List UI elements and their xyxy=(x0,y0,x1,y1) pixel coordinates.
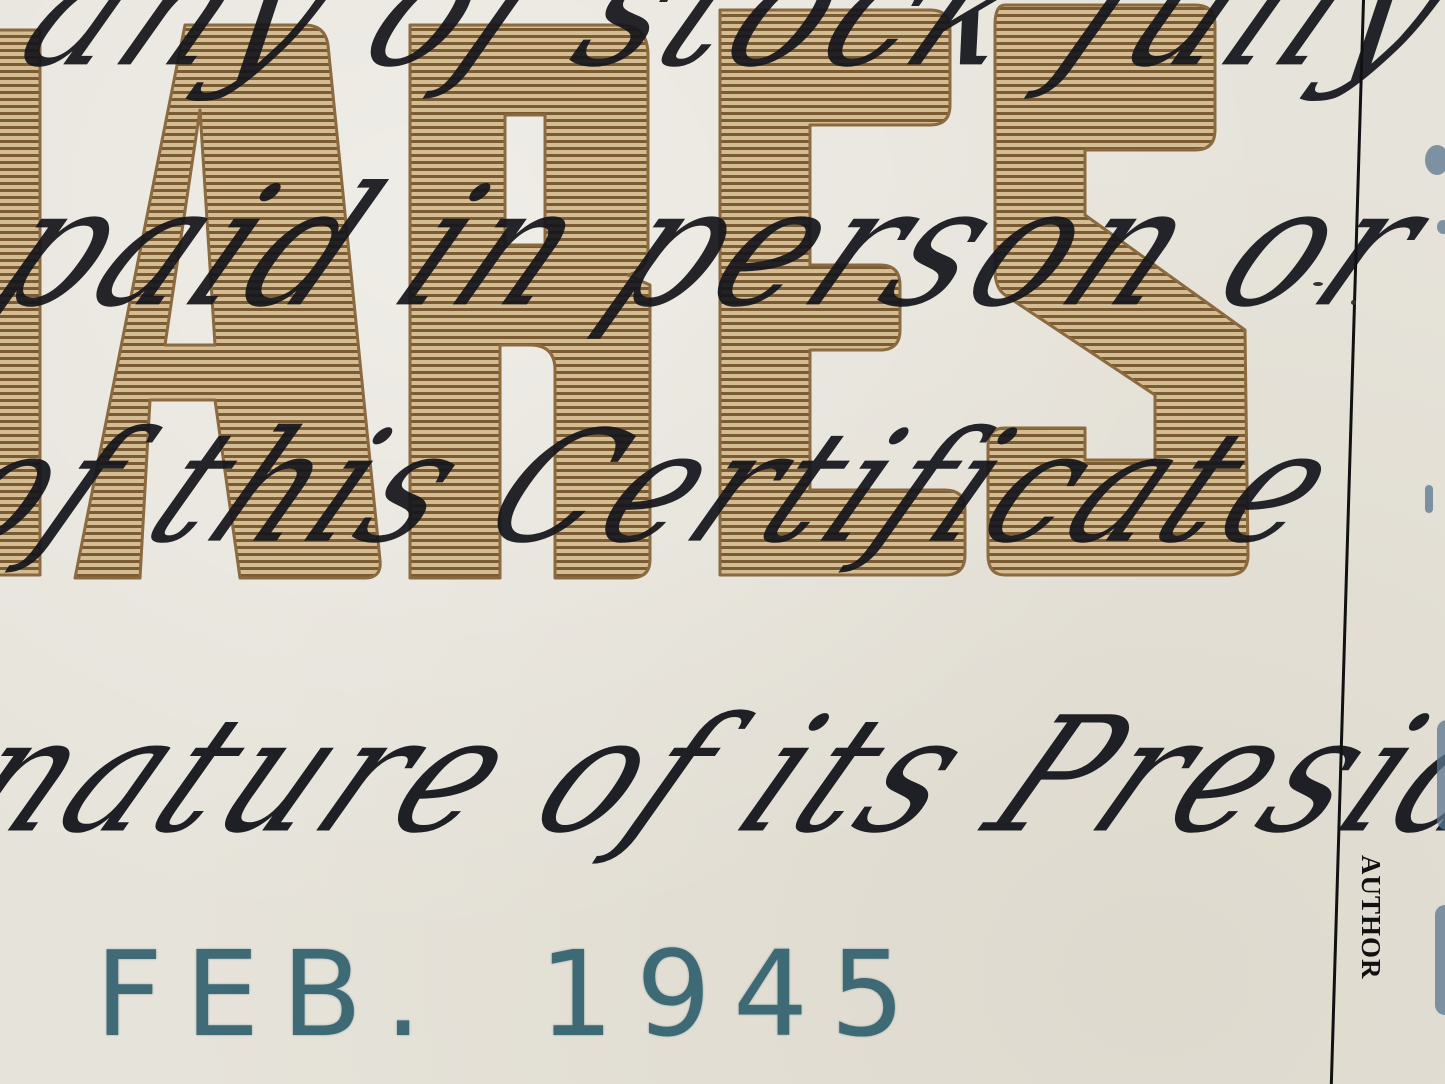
script-line-1: any of stock fully xyxy=(0,0,1445,104)
ink-speck xyxy=(1313,282,1323,286)
script-line-3: of this Certificate xyxy=(0,399,1373,578)
border-vertical-label: AUTHOR xyxy=(1355,855,1386,980)
date-stamp-year: 1945 xyxy=(539,925,927,1063)
ink-speck xyxy=(1351,300,1356,305)
ink-smudge xyxy=(1435,905,1445,1015)
ink-smudge xyxy=(1437,720,1445,830)
date-stamp: FEB.1945 xyxy=(95,925,927,1063)
ink-smudge xyxy=(1425,485,1433,513)
script-line-2: paid in person or xyxy=(0,153,1445,344)
script-line-4: nature of its President xyxy=(0,683,1445,869)
ink-smudge xyxy=(1425,145,1445,175)
certificate-paper: any of stock fully paid in person or of … xyxy=(0,0,1445,1084)
ink-smudge xyxy=(1437,220,1445,234)
date-stamp-month: FEB. xyxy=(95,925,444,1063)
